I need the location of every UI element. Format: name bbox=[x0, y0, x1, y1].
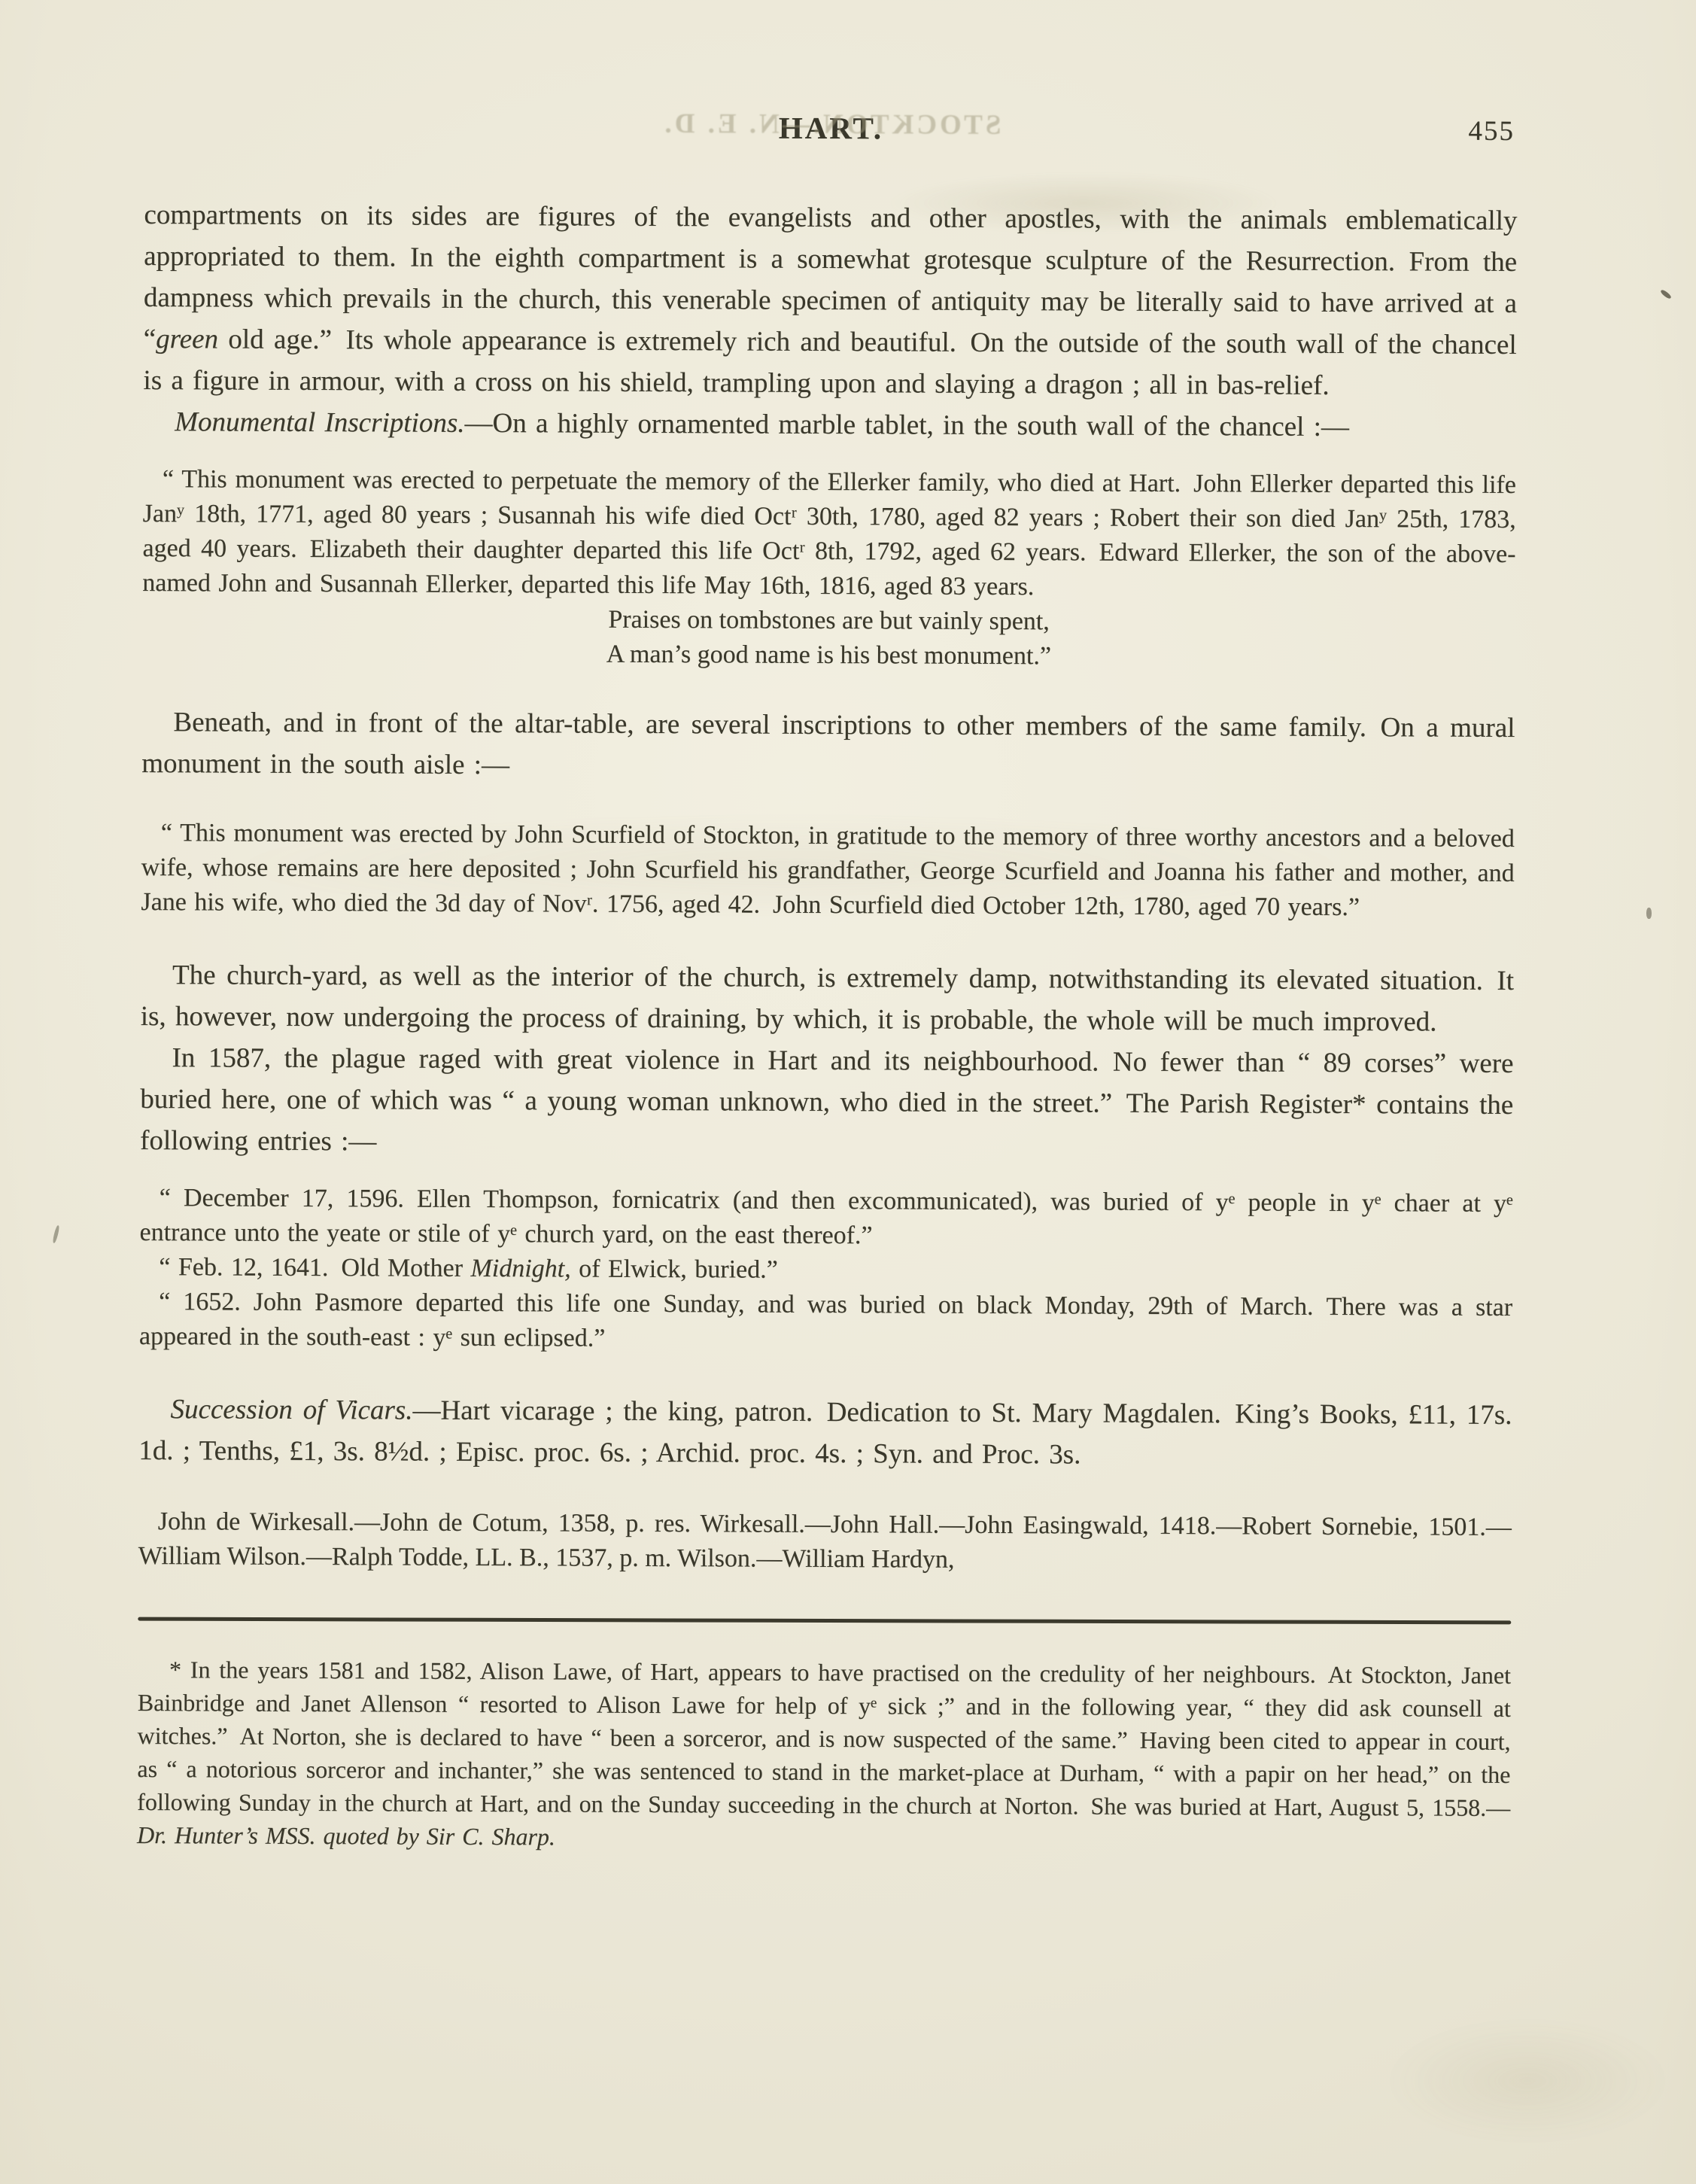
register-entry-1652: “ 1652. John Pasmore departed this life … bbox=[139, 1285, 1512, 1360]
epitaph-verse-line-2: A man’s good name is his best monument.” bbox=[142, 635, 1515, 676]
text-run: “ Feb. 12, 1641. Old Mother bbox=[159, 1253, 470, 1282]
succession-of-vicars-paragraph: Succession of Vicars.—Hart vicarage ; th… bbox=[138, 1389, 1512, 1477]
ghost-showthrough-text: STOCKTON.—N. E. D. bbox=[432, 107, 1229, 143]
footnote: * In the years 1581 and 1582, Alison Law… bbox=[137, 1653, 1511, 1857]
text-run: “ December 17, 1596. Ellen Thompson, for… bbox=[139, 1184, 1512, 1249]
text-run: “ This monument was erected to perpetuat… bbox=[142, 465, 1516, 601]
pencil-smudge bbox=[1384, 2017, 1670, 2145]
register-entry-1641: “ Feb. 12, 1641. Old Mother Midnight, of… bbox=[139, 1250, 1512, 1291]
text-run: “ This monument was erected by John Scur… bbox=[141, 819, 1515, 921]
page-content: STOCKTON.—N. E. D. HART. 455 compartment… bbox=[137, 102, 1518, 1857]
text-run: Beneath, and in front of the altar-table… bbox=[141, 707, 1515, 780]
scurfield-inscription: “ This monument was erected by John Scur… bbox=[141, 816, 1515, 926]
opening-paragraph: compartments on its sides are figures of… bbox=[143, 194, 1517, 407]
italic-run: Succession of Vicars. bbox=[170, 1394, 412, 1425]
plague-paragraph: In 1587, the plague raged with great vio… bbox=[140, 1037, 1514, 1167]
text-run: of Elwick, buried.” bbox=[571, 1255, 778, 1284]
text-run: old age.” Its whole appearance is extrem… bbox=[143, 324, 1516, 400]
monumental-inscriptions-paragraph: Monumental Inscriptions.—On a highly orn… bbox=[143, 401, 1516, 449]
text-run: —On a highly ornamented marble tablet, i… bbox=[464, 408, 1349, 443]
text-run: “ 1652. John Pasmore departed this life … bbox=[139, 1288, 1512, 1352]
footnote-rule bbox=[138, 1617, 1511, 1625]
register-entry-1596: “ December 17, 1596. Ellen Thompson, for… bbox=[139, 1181, 1512, 1256]
text-run: The church-yard, as well as the interior… bbox=[141, 960, 1514, 1037]
epitaph-verse-line-1: Praises on tombstones are but vainly spe… bbox=[142, 601, 1515, 641]
text-run: In 1587, the plague raged with great vio… bbox=[140, 1042, 1514, 1157]
ellerker-inscription: “ This monument was erected to perpetuat… bbox=[142, 462, 1516, 607]
text-run: * In the years 1581 and 1582, Alison Law… bbox=[137, 1656, 1511, 1821]
page-number: 455 bbox=[1468, 114, 1515, 150]
ink-speck bbox=[1660, 289, 1672, 300]
beneath-altar-paragraph: Beneath, and in front of the altar-table… bbox=[141, 701, 1515, 790]
churchyard-paragraph: The church-yard, as well as the interior… bbox=[141, 954, 1514, 1043]
scanned-book-page: STOCKTON.—N. E. D. HART. 455 compartment… bbox=[0, 0, 1696, 2184]
italic-run: Monumental Inscriptions. bbox=[175, 406, 464, 439]
italic-run: green bbox=[156, 324, 218, 354]
page-header: STOCKTON.—N. E. D. HART. 455 bbox=[144, 102, 1518, 154]
italic-run: Dr. Hunter’s MSS. quoted by Sir C. Sharp… bbox=[137, 1821, 555, 1850]
ink-speck bbox=[1646, 908, 1652, 919]
ink-speck bbox=[52, 1225, 60, 1243]
italic-run: Midnight, bbox=[470, 1255, 570, 1283]
vicars-list: John de Wirkesall.—John de Cotum, 1358, … bbox=[138, 1504, 1512, 1580]
text-run: John de Wirkesall.—John de Cotum, 1358, … bbox=[138, 1507, 1512, 1574]
